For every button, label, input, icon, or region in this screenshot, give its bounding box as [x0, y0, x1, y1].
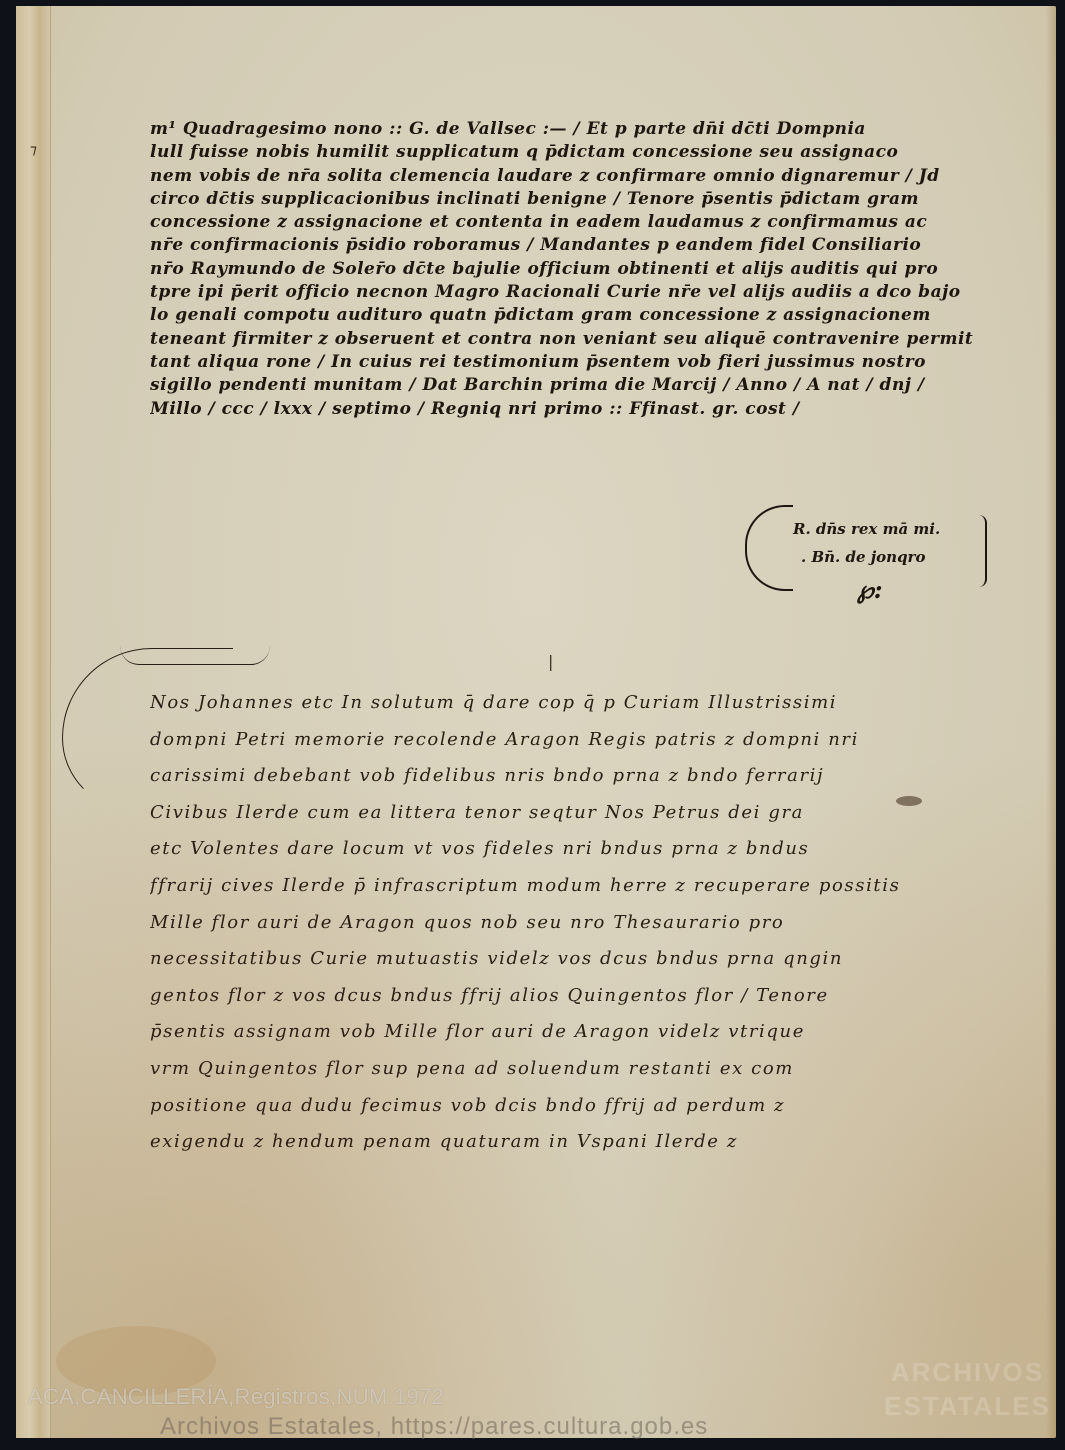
manuscript-line: Mille flor auri de Aragon quos nob seu n… — [150, 906, 1050, 943]
manuscript-line: lo genali compotu audituro quatn p̄dicta… — [150, 304, 1050, 327]
manuscript-line: vrm Quingentos flor sup pena ad soluendu… — [150, 1052, 1050, 1089]
archive-logo-watermark: ARCHIVOS ESTATALES — [880, 1355, 1055, 1425]
paraph-mark: ℘: — [857, 575, 883, 604]
manuscript-line: nem vobis de nr̄a solita clemencia lauda… — [150, 165, 1050, 188]
manuscript-line: nr̄o Raymundo de Soler̄o dc̄te bajulie o… — [150, 258, 1050, 281]
manuscript-line: carissimi debebant vob fidelibus nris bn… — [150, 759, 1050, 796]
signature-bracket — [745, 505, 793, 591]
text-block-confirmation: m¹ Quadragesimo nono :: G. de Vallsec :—… — [150, 118, 1050, 421]
archive-reference-watermark: ACA,CANCILLERÍA,Registros,NÚM.1972 — [28, 1384, 444, 1410]
initial-flourish-stroke — [120, 646, 270, 665]
manuscript-line: nr̄e confirmacionis p̄sidio roboramus / … — [150, 234, 1050, 257]
manuscript-line: tpre ipi p̄erit officio necnon Magro Rac… — [150, 281, 1050, 304]
manuscript-line: necessitatibus Curie mutuastis videlz vo… — [150, 942, 1050, 979]
manuscript-line: ffrarij cives Ilerde p̄ infrascriptum mo… — [150, 869, 1050, 906]
manuscript-line: sigillo pendenti munitam / Dat Barchin p… — [150, 374, 1050, 397]
signature-bracket-close — [977, 515, 987, 587]
manuscript-line: dompni Petri memorie recolende Aragon Re… — [150, 723, 1050, 760]
archive-source-watermark: Archivos Estatales, https://pares.cultur… — [160, 1413, 708, 1441]
manuscript-line: teneant firmiter z obseruent et contra n… — [150, 328, 1050, 351]
manuscript-line: etc Volentes dare locum vt vos fideles n… — [150, 832, 1050, 869]
chancery-signature: R. dn̄s rex mā mi. . Bn̄. de jonqro ℘: — [745, 505, 1005, 625]
manuscript-line: Civibus Ilerde cum ea littera tenor seqt… — [150, 796, 1050, 833]
manuscript-line: concessione z assignacione et contenta i… — [150, 211, 1050, 234]
manuscript-line: m¹ Quadragesimo nono :: G. de Vallsec :—… — [150, 118, 1050, 141]
manuscript-line: Nos Johannes etc In solutum q̄ dare cop … — [150, 686, 1050, 723]
section-separator: | — [548, 652, 553, 671]
manuscript-line: Millo / ccc / lxxx / septimo / Regniq nr… — [150, 398, 1050, 421]
manuscript-line: circo dc̄tis supplicacionibus inclinati … — [150, 188, 1050, 211]
manuscript-line: p̄sentis assignam vob Mille flor auri de… — [150, 1015, 1050, 1052]
text-block-assignment: Nos Johannes etc In solutum q̄ dare cop … — [150, 686, 1050, 1162]
manuscript-line: tant aliqua rone / In cuius rei testimon… — [150, 351, 1050, 374]
manuscript-line: gentos flor z vos dcus bndus ffrij alios… — [150, 979, 1050, 1016]
margin-mark: ⁊ — [30, 142, 37, 158]
binding-gutter — [16, 6, 51, 1438]
manuscript-line: positione qua dudu fecimus vob dcis bndo… — [150, 1089, 1050, 1126]
manuscript-line: lull fuisse nobis humilit supplicatum q … — [150, 141, 1050, 164]
manuscript-line: exigendu z hendum penam quaturam in Vspa… — [150, 1125, 1050, 1162]
signature-line: R. dn̄s rex mā mi. — [793, 520, 940, 538]
signature-line: . Bn̄. de jonqro — [801, 548, 925, 566]
